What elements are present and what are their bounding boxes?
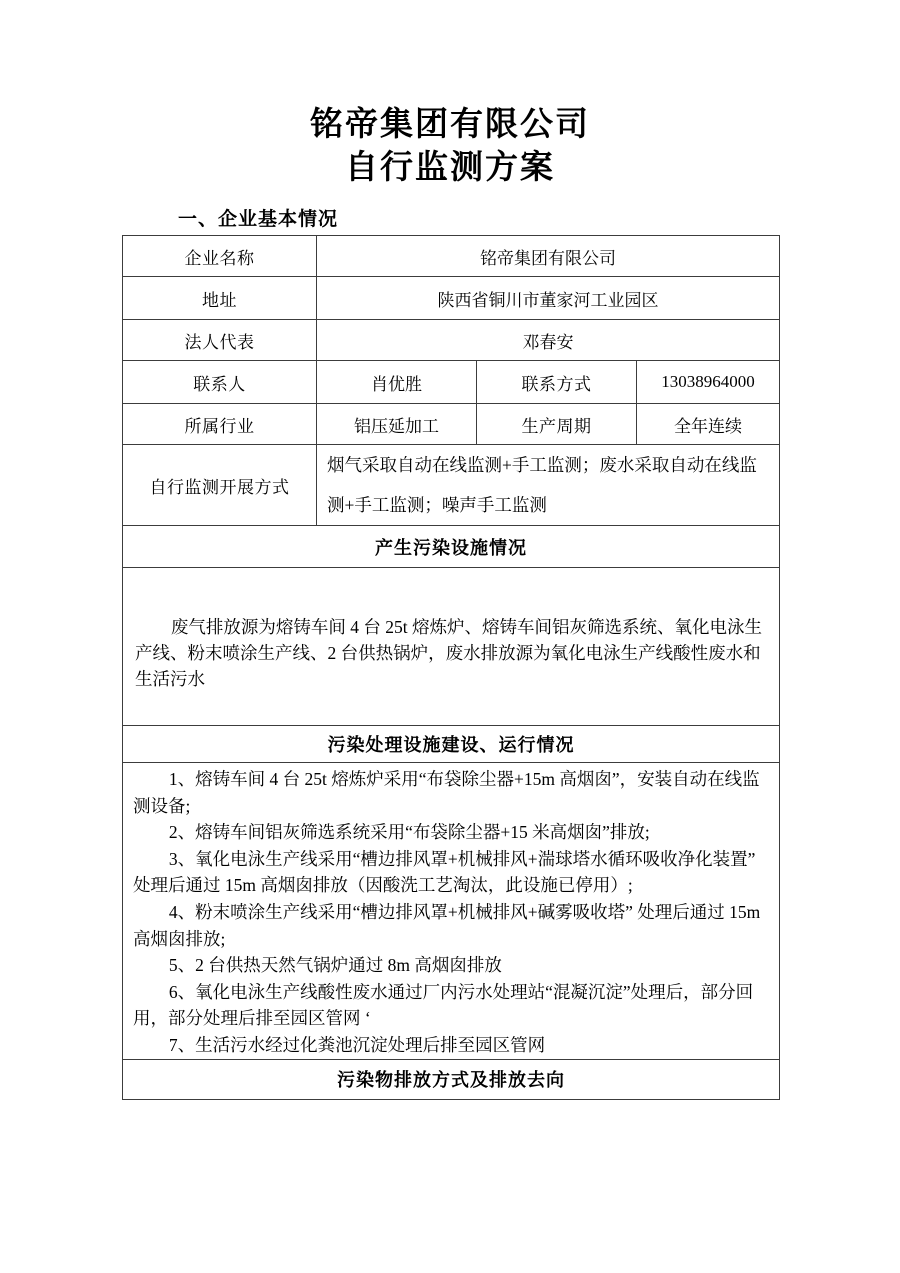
table-row: 产生污染设施情况 [123,526,780,568]
production-cycle-label: 生产周期 [477,404,637,445]
treatment-item-2: 2、熔铸车间铝灰筛选系统采用“布袋除尘器+15 米高烟囱”排放; [133,819,771,846]
contact-label: 联系人 [123,361,317,404]
table-row: 联系人 肖优胜 联系方式 13038964000 [123,361,780,404]
industry-label: 所属行业 [123,404,317,445]
treatment-item-6: 6、氧化电泳生产线酸性废水通过厂内污水处理站“混凝沉淀”处理后，部分回用，部分处… [133,979,771,1032]
phone-value: 13038964000 [637,361,780,404]
pollution-facilities-header: 产生污染设施情况 [123,526,780,568]
legal-rep-value: 邓春安 [317,320,780,361]
document-title: 铭帝集团有限公司 自行监测方案 [0,104,900,190]
treatment-header: 污染处理设施建设、运行情况 [123,726,780,763]
address-value: 陕西省铜川市董家河工业园区 [317,277,780,320]
treatment-item-7: 7、生活污水经过化粪池沉淀处理后排至园区管网 [133,1032,771,1059]
address-label: 地址 [123,277,317,320]
industry-value: 铝压延加工 [317,404,477,445]
phone-label: 联系方式 [477,361,637,404]
treatment-item-4: 4、粉末喷涂生产线采用“槽边排风罩+机械排风+碱雾吸收塔” 处理后通过 15m … [133,899,771,952]
table-row: 所属行业 铝压延加工 生产周期 全年连续 [123,404,780,445]
table-row: 自行监测开展方式 烟气采取自动在线监测+手工监测；废水采取自动在线监测+手工监测… [123,445,780,526]
document-title-line2: 自行监测方案 [0,147,900,190]
company-name-value: 铭帝集团有限公司 [317,236,780,277]
table-row: 地址 陕西省铜川市董家河工业园区 [123,277,780,320]
monitoring-mode-value: 烟气采取自动在线监测+手工监测；废水采取自动在线监测+手工监测；噪声手工监测 [317,445,780,526]
document-title-line1: 铭帝集团有限公司 [0,104,900,147]
monitoring-mode-label: 自行监测开展方式 [123,445,317,526]
pollution-sources-text: 废气排放源为熔铸车间 4 台 25t 熔炼炉、熔铸车间铝灰筛选系统、氧化电泳生产… [135,614,767,692]
contact-value: 肖优胜 [317,361,477,404]
production-cycle-value: 全年连续 [637,404,780,445]
table-row: 污染处理设施建设、运行情况 [123,726,780,763]
pollution-sources-cell: 废气排放源为熔铸车间 4 台 25t 熔炼炉、熔铸车间铝灰筛选系统、氧化电泳生产… [123,568,780,726]
section-heading: 一、企业基本情况 [178,204,900,231]
table-row: 企业名称 铭帝集团有限公司 [123,236,780,277]
table-row: 1、熔铸车间 4 台 25t 熔炼炉采用“布袋除尘器+15m 高烟囱”，安装自动… [123,763,780,1060]
treatment-items-cell: 1、熔铸车间 4 台 25t 熔炼炉采用“布袋除尘器+15m 高烟囱”，安装自动… [123,763,780,1060]
treatment-item-1: 1、熔铸车间 4 台 25t 熔炼炉采用“布袋除尘器+15m 高烟囱”，安装自动… [133,766,771,819]
table-row: 污染物排放方式及排放去向 [123,1059,780,1099]
table-row: 废气排放源为熔铸车间 4 台 25t 熔炼炉、熔铸车间铝灰筛选系统、氧化电泳生产… [123,568,780,726]
legal-rep-label: 法人代表 [123,320,317,361]
company-name-label: 企业名称 [123,236,317,277]
table-row: 法人代表 邓春安 [123,320,780,361]
treatment-item-5: 5、2 台供热天然气锅炉通过 8m 高烟囱排放 [133,952,771,979]
treatment-item-3: 3、氧化电泳生产线采用“槽边排风罩+机械排风+湍球塔水循环吸收净化装置”处理后通… [133,846,771,899]
company-info-table: 企业名称 铭帝集团有限公司 地址 陕西省铜川市董家河工业园区 法人代表 邓春安 … [122,235,780,1100]
discharge-header: 污染物排放方式及排放去向 [123,1059,780,1099]
